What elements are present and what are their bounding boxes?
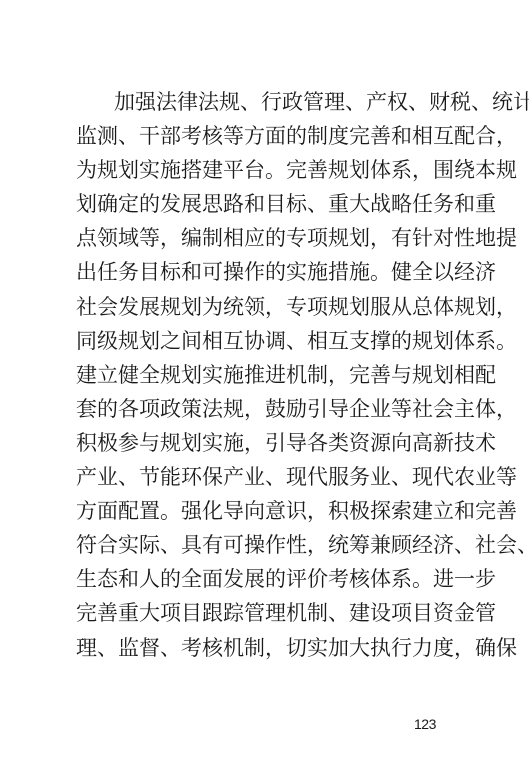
document-page: 加强法律法规、行政管理、产权、财税、统计 监测、干部考核等方面的制度完善和相互配…	[0, 0, 529, 774]
text-line: 产业、节能环保产业、现代服务业、现代农业等	[76, 460, 460, 494]
text-line: 监测、干部考核等方面的制度完善和相互配合，	[76, 119, 460, 153]
text-line: 方面配置。强化导向意识，积极探索建立和完善	[76, 494, 460, 528]
text-line: 同级规划之间相互协调、相互支撑的规划体系。	[76, 324, 460, 358]
text-line: 生态和人的全面发展的评价考核体系。进一步	[76, 562, 460, 596]
text-line: 完善重大项目跟踪管理机制、建设项目资金管	[76, 596, 460, 630]
text-line: 划确定的发展思路和目标、重大战略任务和重	[76, 187, 460, 221]
text-line: 建立健全规划实施推进机制，完善与规划相配	[76, 358, 460, 392]
text-line: 加强法律法规、行政管理、产权、财税、统计	[76, 85, 460, 119]
text-line: 社会发展规划为统领，专项规划服从总体规划，	[76, 290, 460, 324]
body-paragraph: 加强法律法规、行政管理、产权、财税、统计 监测、干部考核等方面的制度完善和相互配…	[76, 85, 460, 665]
page-number: 123	[414, 716, 436, 732]
text-line: 点领域等，编制相应的专项规划，有针对性地提	[76, 221, 460, 255]
text-line: 为规划实施搭建平台。完善规划体系，围绕本规	[76, 153, 460, 187]
text-line: 符合实际、具有可操作性，统筹兼顾经济、社会、	[76, 528, 460, 562]
text-line: 套的各项政策法规，鼓励引导企业等社会主体，	[76, 392, 460, 426]
text-line: 积极参与规划实施，引导各类资源向高新技术	[76, 426, 460, 460]
text-line: 出任务目标和可操作的实施措施。健全以经济	[76, 255, 460, 289]
text-line: 理、监督、考核机制，切实加大执行力度，确保	[76, 631, 460, 665]
